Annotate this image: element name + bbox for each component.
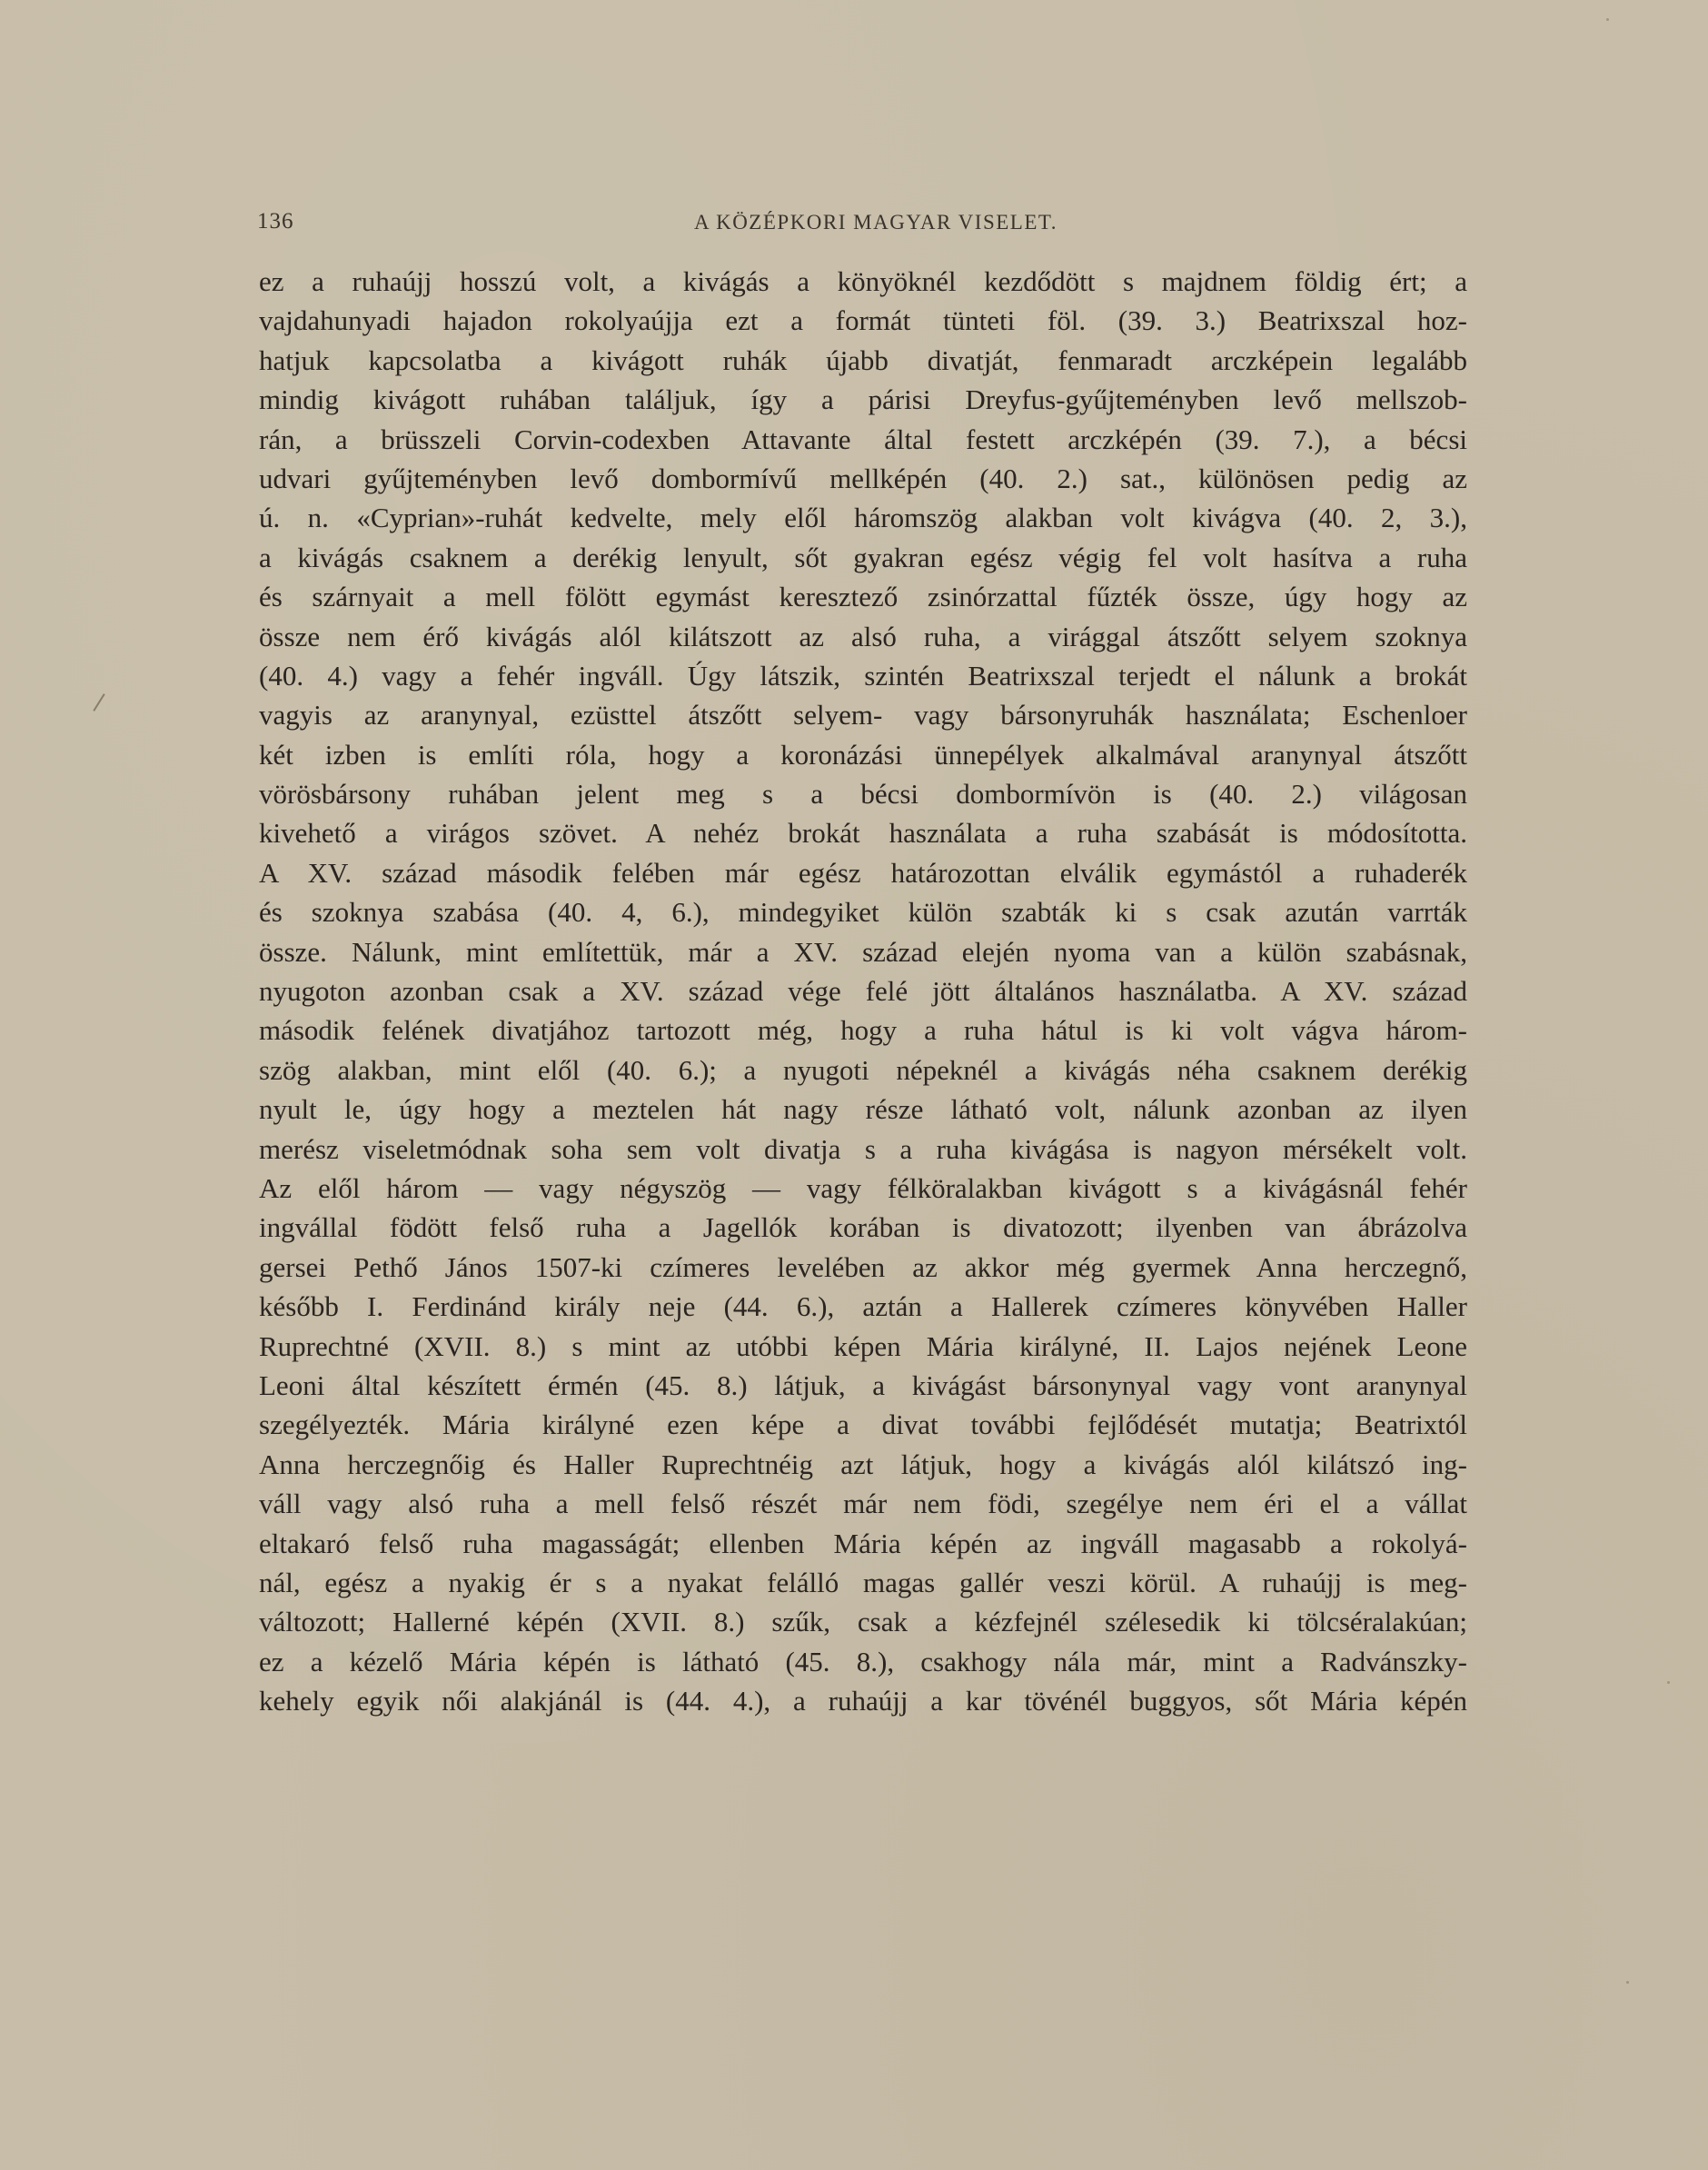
- text-line-content: ez a ruhaújj hosszú volt, a kivágás a kö…: [259, 262, 1467, 301]
- text-line: később I. Ferdinánd király neje (44. 6.)…: [259, 1287, 1467, 1326]
- text-line: (40. 4.) vagy a fehér ingváll. Úgy látsz…: [259, 656, 1467, 695]
- text-line: mindig kivágott ruhában találjuk, így a …: [259, 380, 1467, 419]
- text-line-content: merész viseletmódnak soha sem volt divat…: [259, 1130, 1467, 1169]
- text-line: udvari gyűjteményben levő dombormívű mel…: [259, 459, 1467, 498]
- text-line: gersei Pethő János 1507-ki czímeres leve…: [259, 1248, 1467, 1287]
- text-line: kehely egyik női alakjánál is (44. 4.), …: [259, 1681, 1467, 1720]
- text-line-content: (40. 4.) vagy a fehér ingváll. Úgy látsz…: [259, 656, 1467, 695]
- paper-speck: [1667, 1681, 1670, 1684]
- text-line-content: nyugoton azonban csak a XV. század vége …: [259, 971, 1467, 1010]
- text-line: kivehető a virágos szövet. A nehéz broká…: [259, 813, 1467, 852]
- text-line: és szárnyait a mell fölött egymást keres…: [259, 577, 1467, 616]
- text-line: második felének divatjához tartozott még…: [259, 1010, 1467, 1050]
- book-page: 136 A KÖZÉPKORI MAGYAR VISELET. ez a ruh…: [0, 0, 1708, 2170]
- text-line-content: ez a kézelő Mária képén is látható (45. …: [259, 1642, 1467, 1681]
- text-line-content: kehely egyik női alakjánál is (44. 4.), …: [259, 1681, 1467, 1720]
- text-line-content: vagyis az aranynyal, ezüsttel átszőtt se…: [259, 695, 1467, 734]
- text-line: nyult le, úgy hogy a meztelen hát nagy r…: [259, 1090, 1467, 1129]
- text-line-content: gersei Pethő János 1507-ki czímeres leve…: [259, 1248, 1467, 1287]
- text-line-content: Az elől három — vagy négyszög — vagy fél…: [259, 1169, 1467, 1208]
- text-line: a kivágás csaknem a derékig lenyult, sőt…: [259, 538, 1467, 577]
- text-line-content: ingvállal födött felső ruha a Jagellók k…: [259, 1208, 1467, 1247]
- text-line: Az elől három — vagy négyszög — vagy fél…: [259, 1169, 1467, 1208]
- text-line-content: vörösbársony ruhában jelent meg s a bécs…: [259, 774, 1467, 813]
- text-line: nyugoton azonban csak a XV. század vége …: [259, 971, 1467, 1010]
- text-line: ingvállal födött felső ruha a Jagellók k…: [259, 1208, 1467, 1247]
- text-line-content: össze. Nálunk, mint említettük, már a XV…: [259, 932, 1467, 971]
- body-text: ez a ruhaújj hosszú volt, a kivágás a kö…: [259, 262, 1467, 1760]
- text-line-content: váll vagy alsó ruha a mell felső részét …: [259, 1484, 1467, 1523]
- text-line: szegélyezték. Mária királyné ezen képe a…: [259, 1405, 1467, 1444]
- paper-speck: [1606, 18, 1609, 21]
- text-line-content: rán, a brüsszeli Corvin-codexben Attavan…: [259, 420, 1467, 459]
- text-line-content: udvari gyűjteményben levő dombormívű mel…: [259, 459, 1467, 498]
- text-line-content: változott; Hallerné képén (XVII. 8.) szű…: [259, 1602, 1467, 1641]
- text-line-content: később I. Ferdinánd király neje (44. 6.)…: [259, 1287, 1467, 1326]
- text-line: Leoni által készített érmén (45. 8.) lát…: [259, 1366, 1467, 1405]
- paper-speck: [1626, 1981, 1629, 1984]
- text-line-content: szög alakban, mint elől (40. 6.); a nyug…: [259, 1050, 1467, 1090]
- text-line-content: Ruprechtné (XVII. 8.) s mint az utóbbi k…: [259, 1327, 1467, 1366]
- text-line: [259, 1720, 1467, 1759]
- text-line: vörösbársony ruhában jelent meg s a bécs…: [259, 774, 1467, 813]
- text-line-content: nál, egész a nyakig ér s a nyakat feláll…: [259, 1563, 1467, 1602]
- text-line: és szoknya szabása (40. 4, 6.), mindegyi…: [259, 892, 1467, 931]
- text-line: ez a kézelő Mária képén is látható (45. …: [259, 1642, 1467, 1681]
- text-line: össze. Nálunk, mint említettük, már a XV…: [259, 932, 1467, 971]
- text-line-content: eltakaró felső ruha magasságát; ellenben…: [259, 1524, 1467, 1563]
- text-line: rán, a brüsszeli Corvin-codexben Attavan…: [259, 420, 1467, 459]
- text-line-content: második felének divatjához tartozott még…: [259, 1010, 1467, 1050]
- text-line-content: szegélyezték. Mária királyné ezen képe a…: [259, 1405, 1467, 1444]
- running-title: A KÖZÉPKORI MAGYAR VISELET.: [257, 211, 1467, 234]
- text-line-content: és szoknya szabása (40. 4, 6.), mindegyi…: [259, 892, 1467, 931]
- text-line: vagyis az aranynyal, ezüsttel átszőtt se…: [259, 695, 1467, 734]
- text-line-content: kivehető a virágos szövet. A nehéz broká…: [259, 813, 1467, 852]
- text-line: ú. n. «Cyprian»-ruhát kedvelte, mely elő…: [259, 498, 1467, 537]
- text-line: nál, egész a nyakig ér s a nyakat feláll…: [259, 1563, 1467, 1602]
- text-line: ez a ruhaújj hosszú volt, a kivágás a kö…: [259, 262, 1467, 301]
- text-line: változott; Hallerné képén (XVII. 8.) szű…: [259, 1602, 1467, 1641]
- paper-fiber-mark: [93, 693, 104, 712]
- text-line: eltakaró felső ruha magasságát; ellenben…: [259, 1524, 1467, 1563]
- text-line: két izben is említi róla, hogy a koronáz…: [259, 735, 1467, 774]
- text-line-content: és szárnyait a mell fölött egymást keres…: [259, 577, 1467, 616]
- text-line-content: Leoni által készített érmén (45. 8.) lát…: [259, 1366, 1467, 1405]
- text-line-content: két izben is említi róla, hogy a koronáz…: [259, 735, 1467, 774]
- text-line: hatjuk kapcsolatba a kivágott ruhák újab…: [259, 341, 1467, 380]
- text-line: váll vagy alsó ruha a mell felső részét …: [259, 1484, 1467, 1523]
- text-line-content: mindig kivágott ruhában találjuk, így a …: [259, 380, 1467, 419]
- text-line-content: vajdahunyadi hajadon rokolyaújja ezt a f…: [259, 301, 1467, 340]
- text-line-content: nyult le, úgy hogy a meztelen hát nagy r…: [259, 1090, 1467, 1129]
- text-line: szög alakban, mint elől (40. 6.); a nyug…: [259, 1050, 1467, 1090]
- text-line-content: ú. n. «Cyprian»-ruhát kedvelte, mely elő…: [259, 498, 1467, 537]
- text-line-content: a kivágás csaknem a derékig lenyult, sőt…: [259, 538, 1467, 577]
- text-line: Anna herczegnőig és Haller Ruprechtnéig …: [259, 1445, 1467, 1484]
- text-line: össze nem érő kivágás alól kilátszott az…: [259, 617, 1467, 656]
- text-line: vajdahunyadi hajadon rokolyaújja ezt a f…: [259, 301, 1467, 340]
- text-line-content: hatjuk kapcsolatba a kivágott ruhák újab…: [259, 341, 1467, 380]
- text-line: merész viseletmódnak soha sem volt divat…: [259, 1130, 1467, 1169]
- text-line: A XV. század második felében már egész h…: [259, 853, 1467, 892]
- running-head: 136 A KÖZÉPKORI MAGYAR VISELET.: [257, 207, 1467, 244]
- text-line-content: össze nem érő kivágás alól kilátszott az…: [259, 617, 1467, 656]
- text-line-content: Anna herczegnőig és Haller Ruprechtnéig …: [259, 1445, 1467, 1484]
- text-line: Ruprechtné (XVII. 8.) s mint az utóbbi k…: [259, 1327, 1467, 1366]
- text-line-content: A XV. század második felében már egész h…: [259, 853, 1467, 892]
